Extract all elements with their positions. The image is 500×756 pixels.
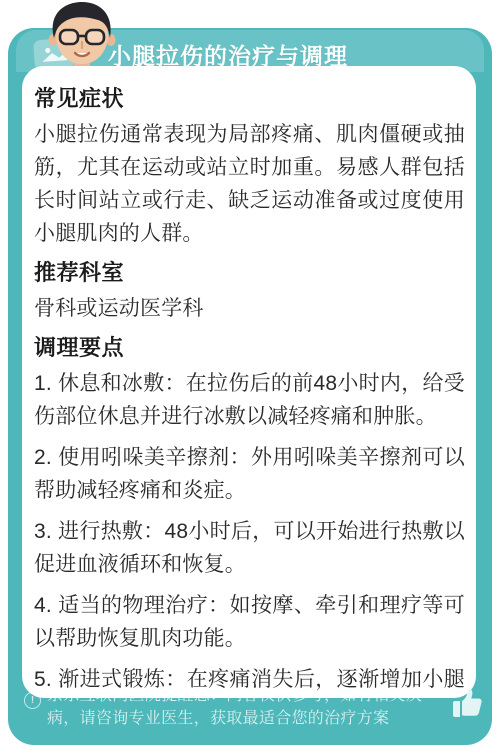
disclaimer-footer: ! 京东互联网医院提醒您：内容仅供参考，如有相关疾病，请咨询专业医生，获取最适合… (18, 679, 486, 737)
section-heading-symptoms: 常见症状 (34, 84, 465, 114)
care-point-4: 4. 适当的物理治疗：如按摩、牵引和理疗等可以帮助恢复肌肉功能。 (34, 589, 465, 655)
article-content: 常见症状 小腿拉伤通常表现为局部疼痛、肌肉僵硬或抽筋，尤其在运动或站立时加重。易… (22, 66, 476, 698)
health-info-card: 小腿拉伤的治疗与调理 常见症状 小腿拉伤通常表现为局部疼痛、肌肉僵硬或抽筋，尤其… (8, 28, 492, 745)
thumbs-up-icon[interactable] (450, 685, 484, 721)
care-point-2: 2. 使用吲哚美辛擦剂：外用吲哚美辛擦剂可以帮助减轻疼痛和炎症。 (34, 441, 465, 507)
info-icon: ! (24, 692, 41, 709)
care-point-3: 3. 进行热敷：48小时后，可以开始进行热敷以促进血液循环和恢复。 (34, 515, 465, 581)
department-paragraph: 骨科或运动医学科 (34, 292, 465, 325)
section-heading-department: 推荐科室 (34, 258, 465, 288)
symptoms-paragraph: 小腿拉伤通常表现为局部疼痛、肌肉僵硬或抽筋，尤其在运动或站立时加重。易感人群包括… (34, 118, 465, 250)
section-heading-care-points: 调理要点 (34, 333, 465, 363)
disclaimer-text: 京东互联网医院提醒您：内容仅供参考，如有相关疾病，请咨询专业医生，获取最适合您的… (47, 679, 446, 730)
care-point-1: 1. 休息和冰敷：在拉伤后的前48小时内，给受伤部位休息并进行冰敷以减轻疼痛和肿… (34, 367, 465, 433)
picture-glyph (39, 43, 68, 65)
